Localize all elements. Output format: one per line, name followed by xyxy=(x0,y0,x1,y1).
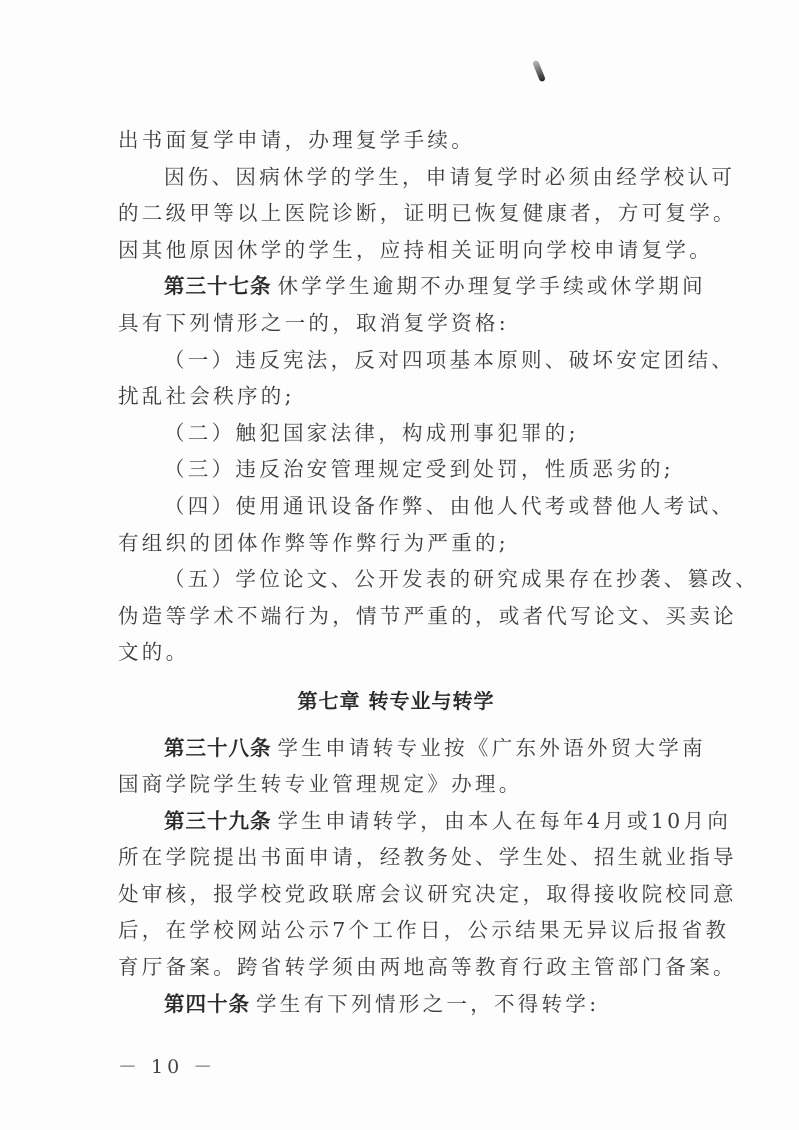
paragraph-line: 具有下列情形之一的，取消复学资格: xyxy=(118,305,674,342)
article-text: 学生申请转专业按《广东外语外贸大学南 xyxy=(278,736,706,760)
paragraph-line: 处审核，报学校党政联席会议研究决定，取得接收院校同意 xyxy=(118,876,674,913)
paragraph-line: 国商学院学生转专业管理规定》办理。 xyxy=(118,766,674,803)
paragraph-line: 育厅备案。跨省转学须由两地高等教育行政主管部门备案。 xyxy=(118,949,674,986)
paragraph-line: 因伤、因病休学的学生，申请复学时必须由经学校认可 xyxy=(118,159,674,196)
article-37: 第三十七条休学学生逾期不办理复学手续或休学期间 xyxy=(118,268,674,305)
article-heading: 第四十条 xyxy=(164,992,250,1016)
paragraph-line: 扰乱社会秩序的; xyxy=(118,378,674,415)
page-number: － 10 － xyxy=(118,1052,216,1079)
article-38: 第三十八条学生申请转专业按《广东外语外贸大学南 xyxy=(118,730,674,767)
scan-artifact-mark xyxy=(532,60,546,83)
paragraph-line: 的二级甲等以上医院诊断，证明已恢复健康者，方可复学。 xyxy=(118,195,674,232)
article-text: 学生申请转学，由本人在每年4月或10月向 xyxy=(278,809,732,833)
article-40: 第四十条学生有下列情形之一，不得转学: xyxy=(118,986,674,1023)
paragraph-line: 因其他原因休学的学生，应持相关证明向学校申请复学。 xyxy=(118,232,674,269)
article-text: 学生有下列情形之一，不得转学: xyxy=(256,992,599,1016)
chapter-heading: 第七章 转专业与转学 xyxy=(118,683,674,720)
list-item: （二）触犯国家法律，构成刑事犯罪的; xyxy=(118,415,674,452)
paragraph-line: 伪造等学术不端行为，情节严重的，或者代写论文、买卖论 xyxy=(118,598,674,635)
paragraph-line: 有组织的团体作弊等作弊行为严重的; xyxy=(118,525,674,562)
article-text: 休学学生逾期不办理复学手续或休学期间 xyxy=(278,274,706,298)
list-item: （三）违反治安管理规定受到处罚，性质恶劣的; xyxy=(118,451,674,488)
article-heading: 第三十七条 xyxy=(164,274,272,298)
paragraph-line: 文的。 xyxy=(118,634,674,671)
paragraph-line: 所在学院提出书面申请，经教务处、学生处、招生就业指导 xyxy=(118,839,674,876)
article-39: 第三十九条学生申请转学，由本人在每年4月或10月向 xyxy=(118,803,674,840)
paragraph-line: 后，在学校网站公示7个工作日，公示结果无异议后报省教 xyxy=(118,912,674,949)
article-heading: 第三十九条 xyxy=(164,809,272,833)
list-item: （四）使用通讯设备作弊、由他人代考或替他人考试、 xyxy=(118,488,674,525)
list-item: （一）违反宪法，反对四项基本原则、破坏安定团结、 xyxy=(118,342,674,379)
list-item: （五）学位论文、公开发表的研究成果存在抄袭、篡改、 xyxy=(118,561,674,598)
document-body: 出书面复学申请，办理复学手续。 因伤、因病休学的学生，申请复学时必须由经学校认可… xyxy=(118,122,674,1022)
paragraph-line: 出书面复学申请，办理复学手续。 xyxy=(118,122,674,159)
article-heading: 第三十八条 xyxy=(164,736,272,760)
